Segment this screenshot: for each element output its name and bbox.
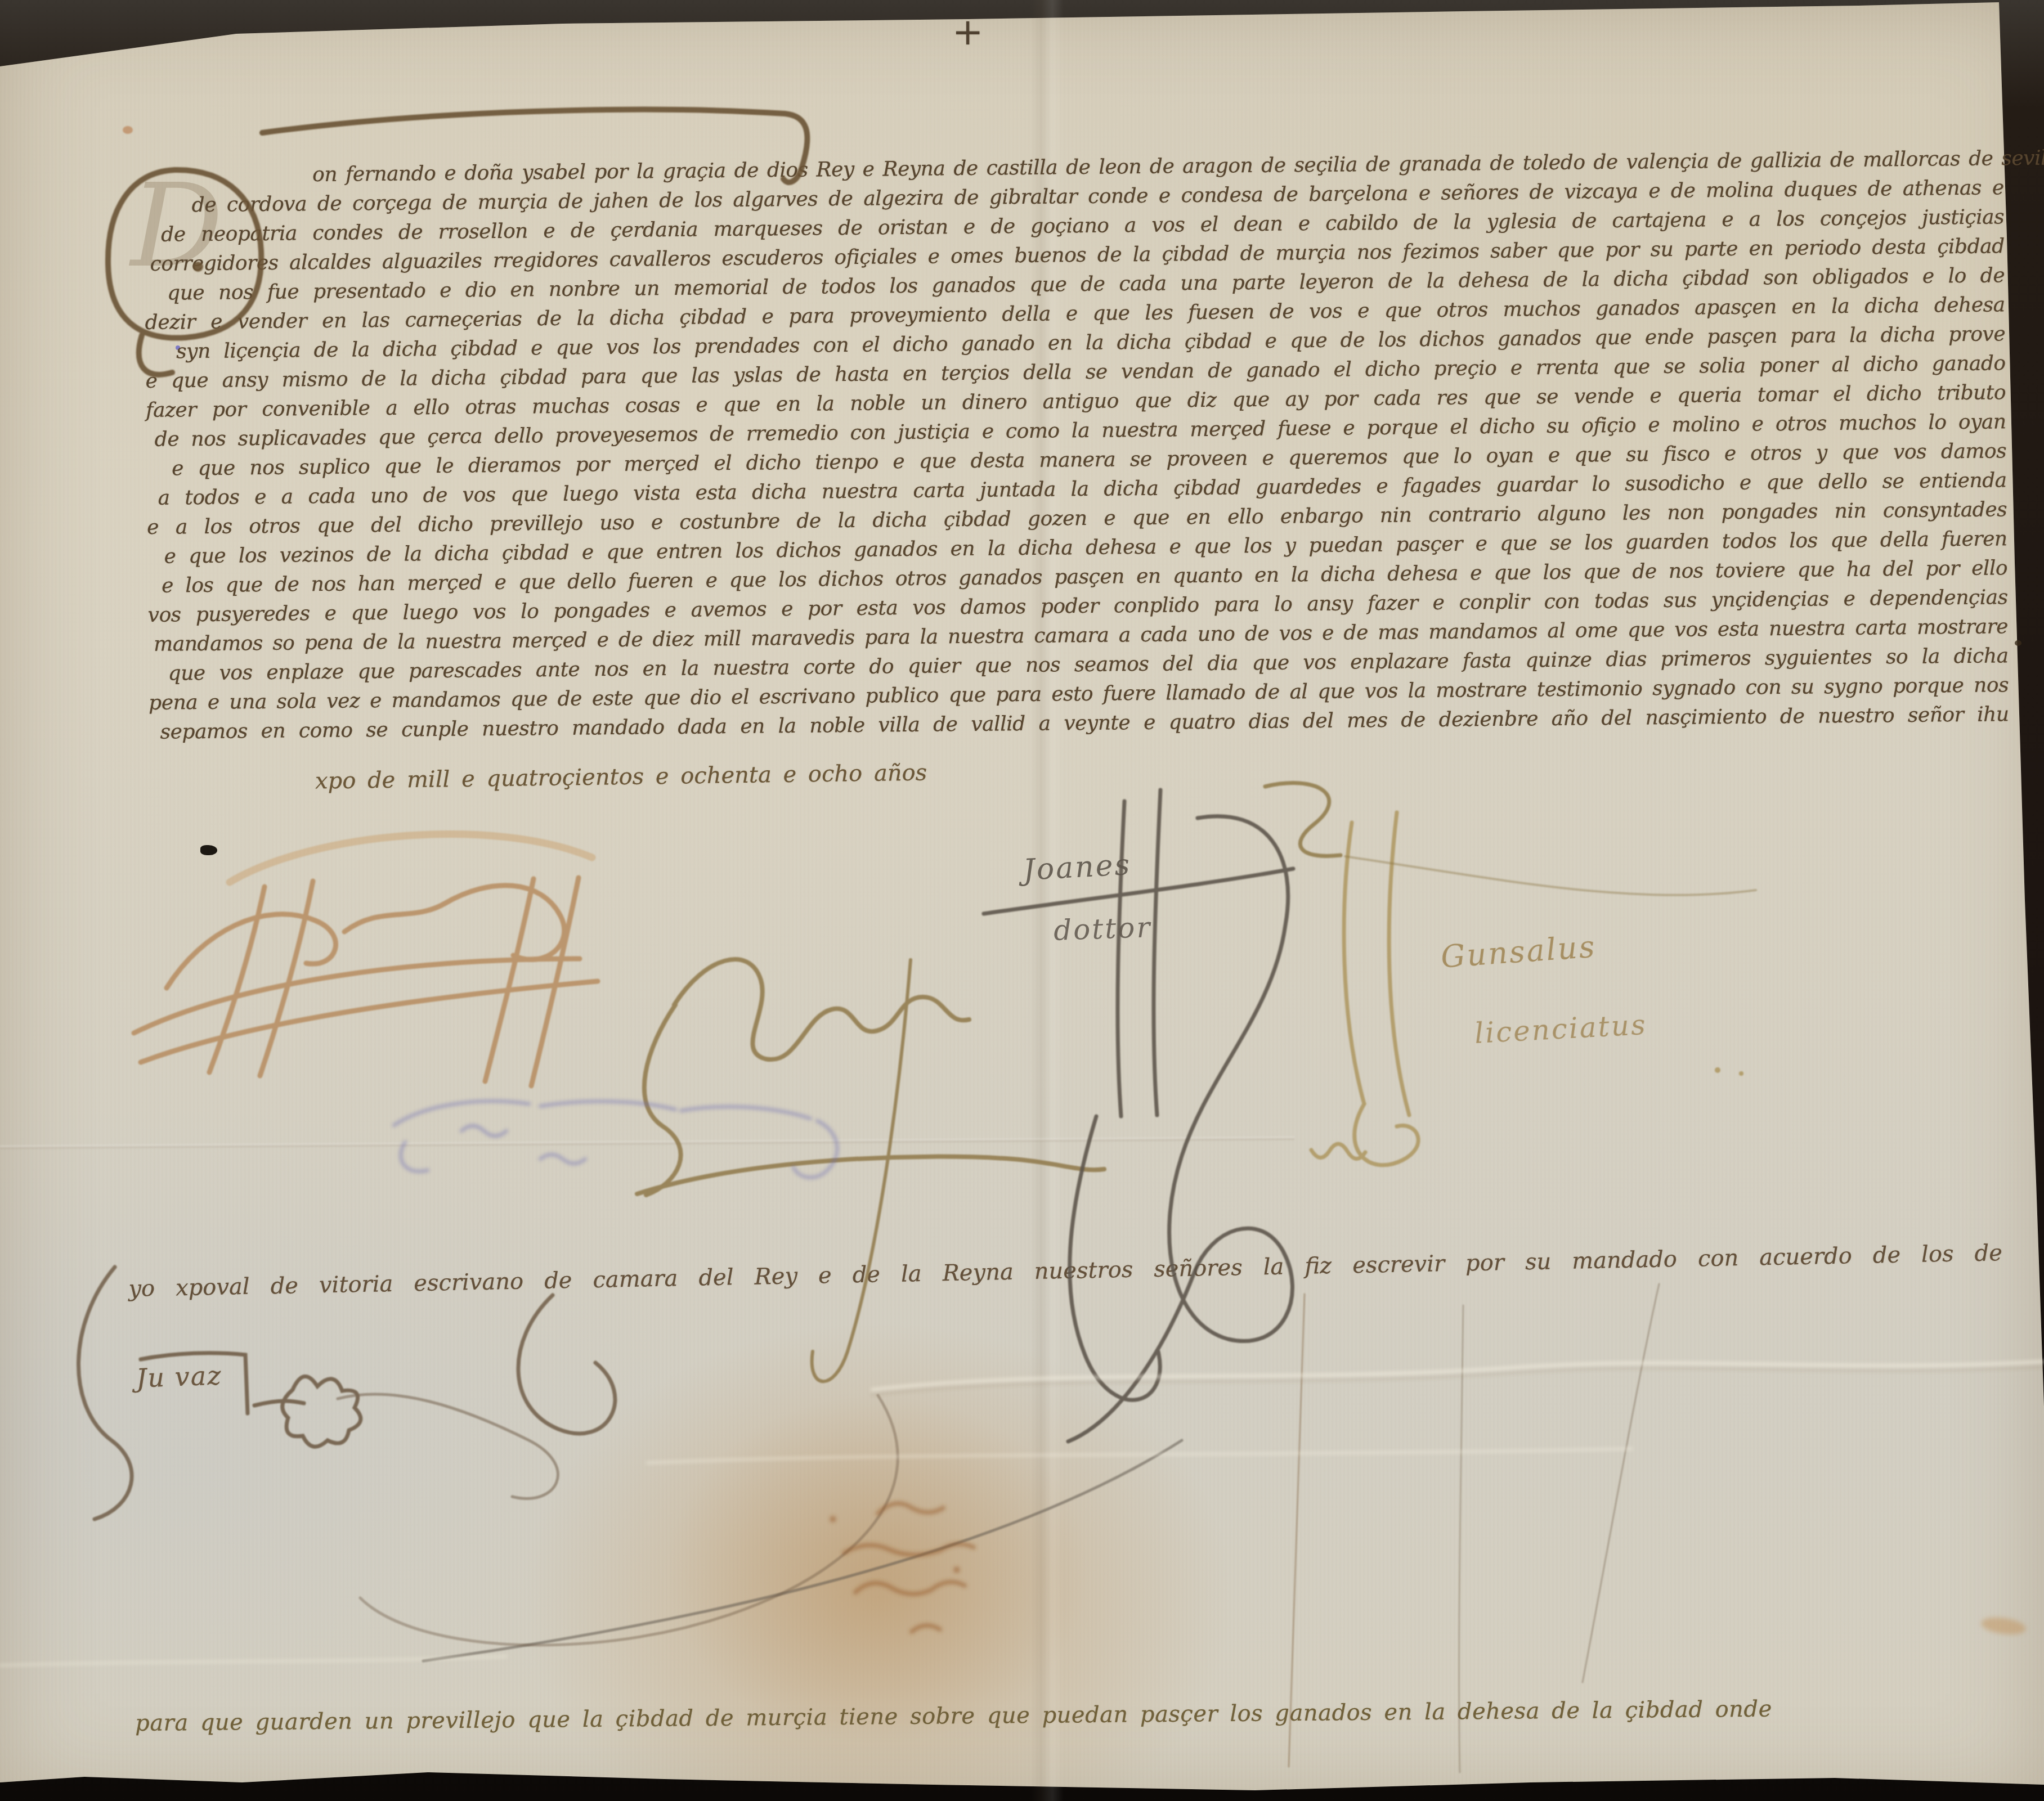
secretary-line-flourishes: [78, 1267, 1659, 1772]
initial-d-flourish: [108, 110, 808, 375]
signature-left-rubric: [134, 834, 598, 1086]
seal-stain-offset-marks: [830, 1503, 974, 1632]
clerk-note-rubric: [141, 1353, 558, 1499]
signature-right: [1311, 812, 1743, 1165]
signature-center-left-rubric: [637, 959, 1104, 1381]
ink-flourish-layer: [0, 0, 2044, 1801]
embossed-creases: [0, 1362, 2043, 1665]
manuscript-scan: + D on fernando e doña ysabel por la gra…: [0, 0, 2044, 1801]
signature-center-right: [423, 790, 1293, 1661]
year-line-flourish: [1265, 783, 1756, 895]
